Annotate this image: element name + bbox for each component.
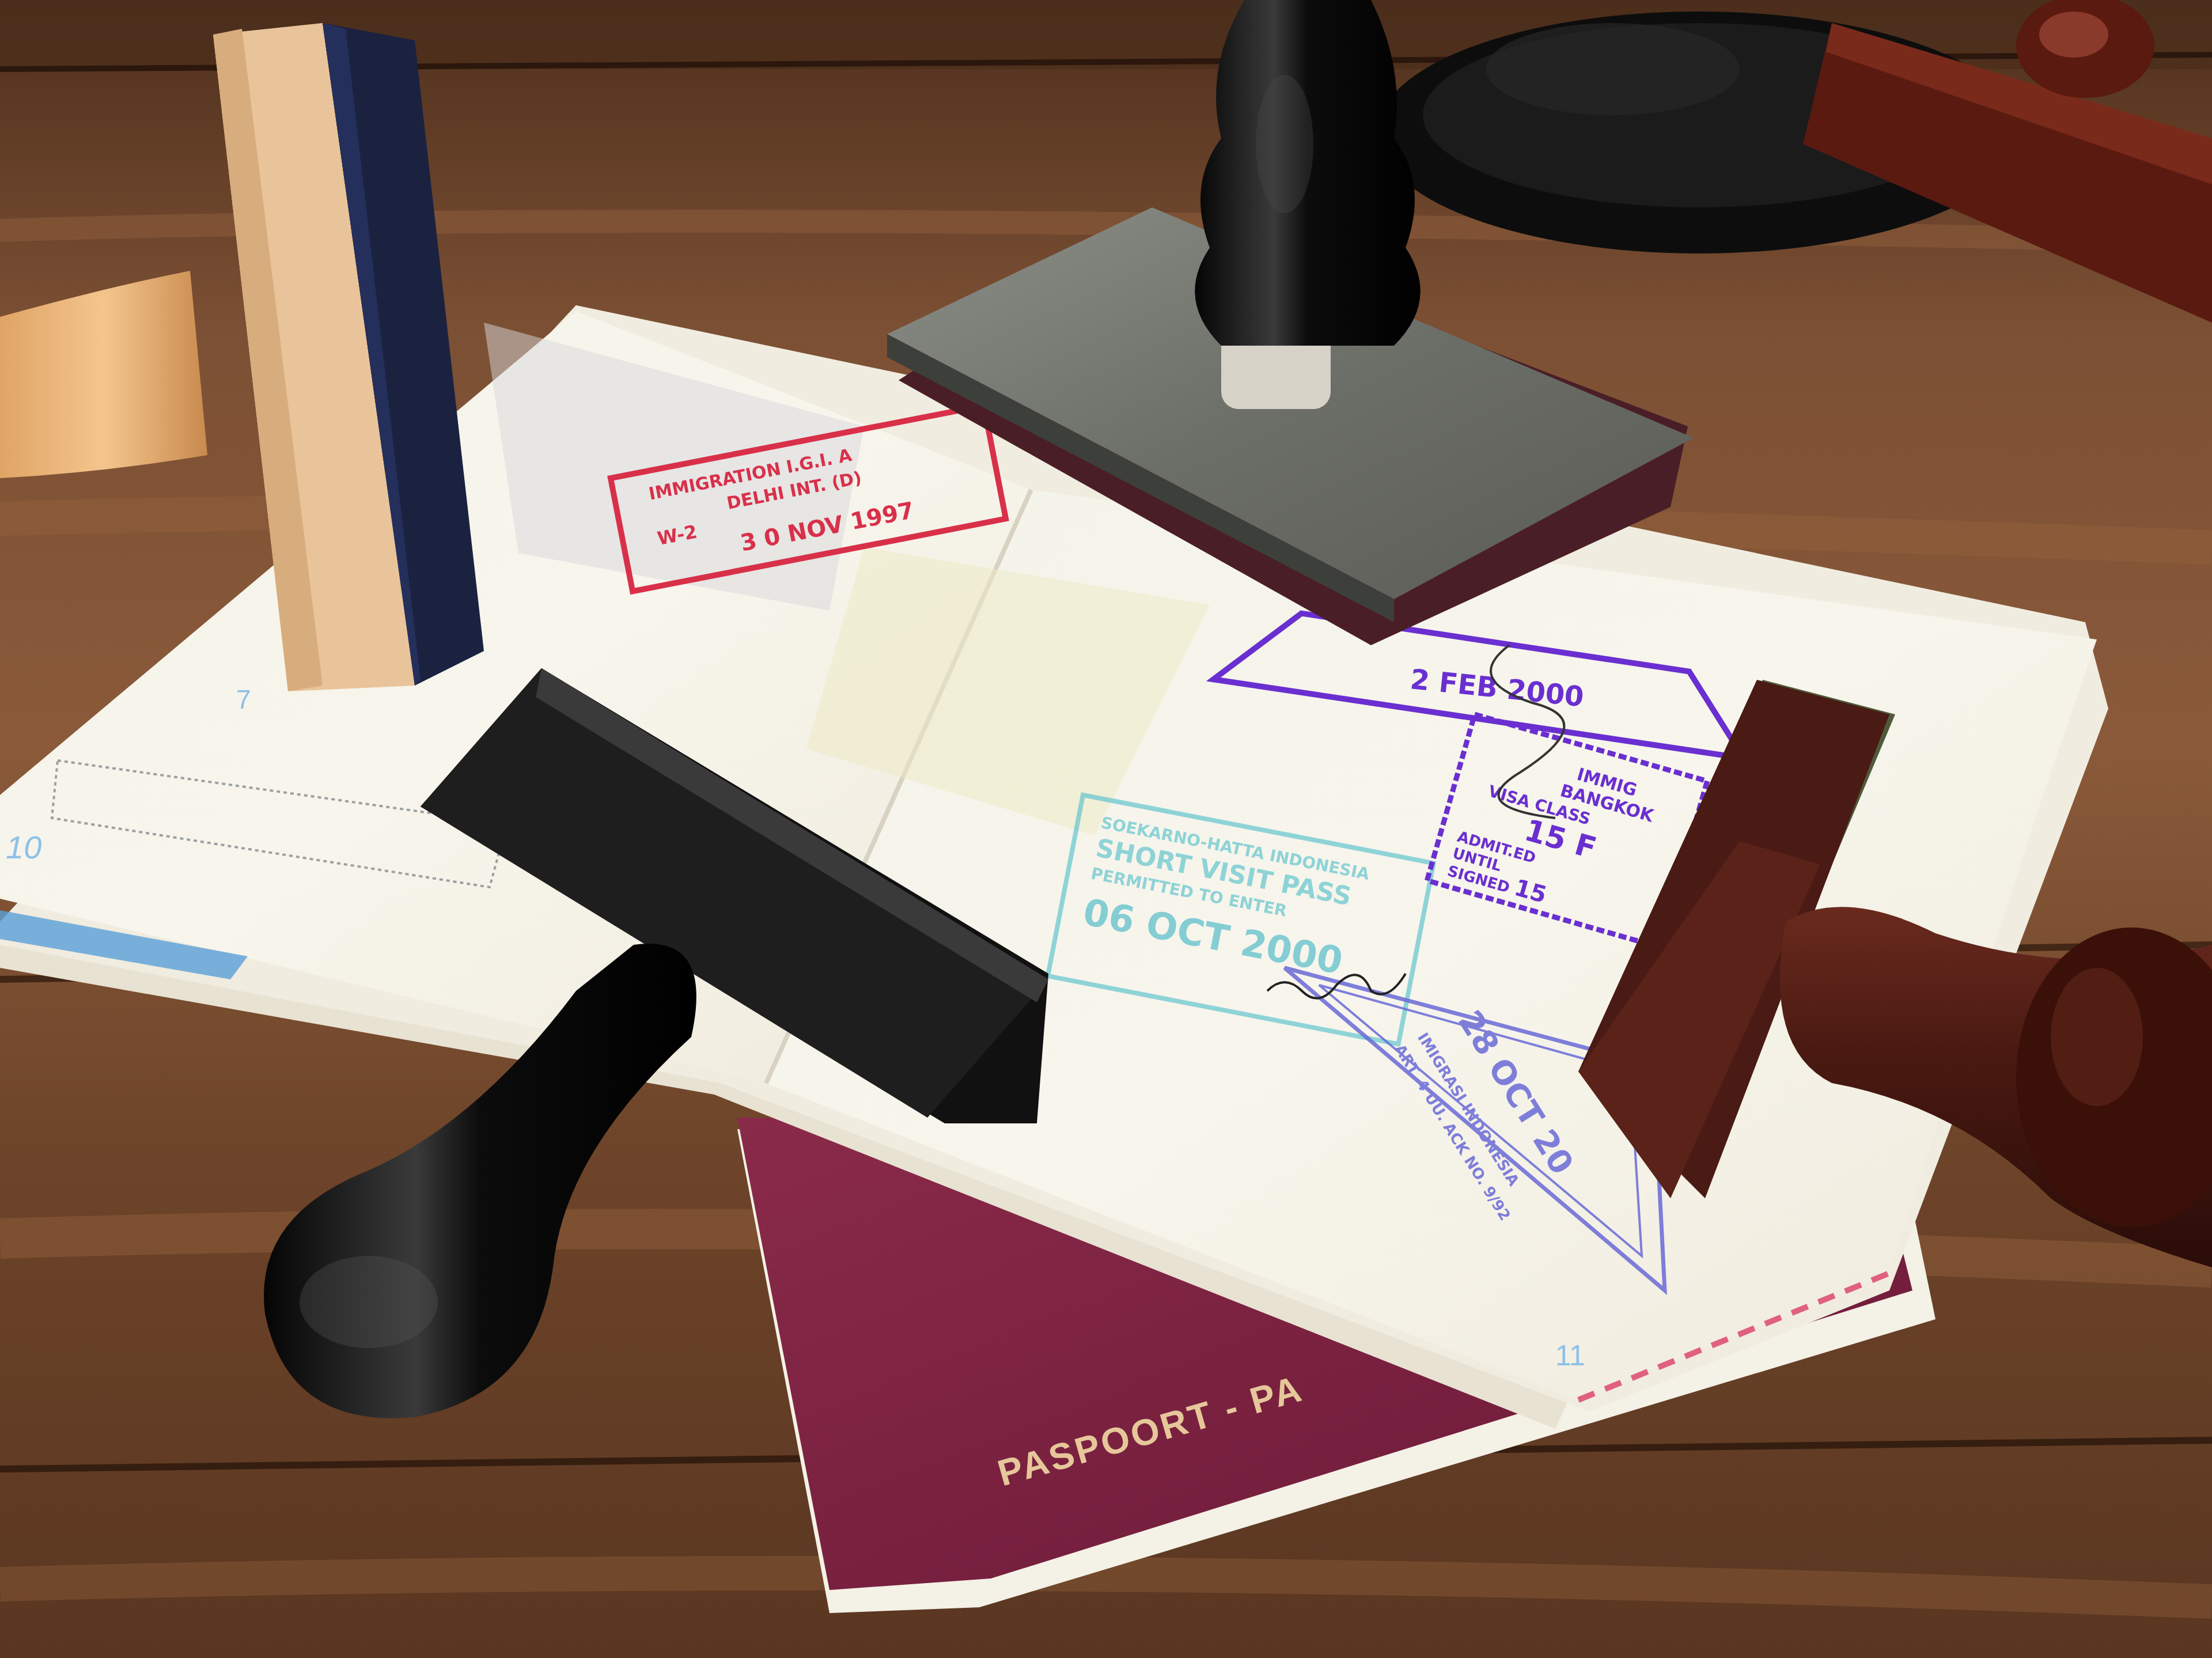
page-number-right: 11	[1555, 1339, 1585, 1372]
photo-scene: PASPOORT - PA SS 10 7 11 IMMIGRATION I.G…	[0, 0, 2212, 1658]
page-number-left-top: 7	[236, 684, 251, 714]
page-number-left: 10	[6, 829, 41, 865]
